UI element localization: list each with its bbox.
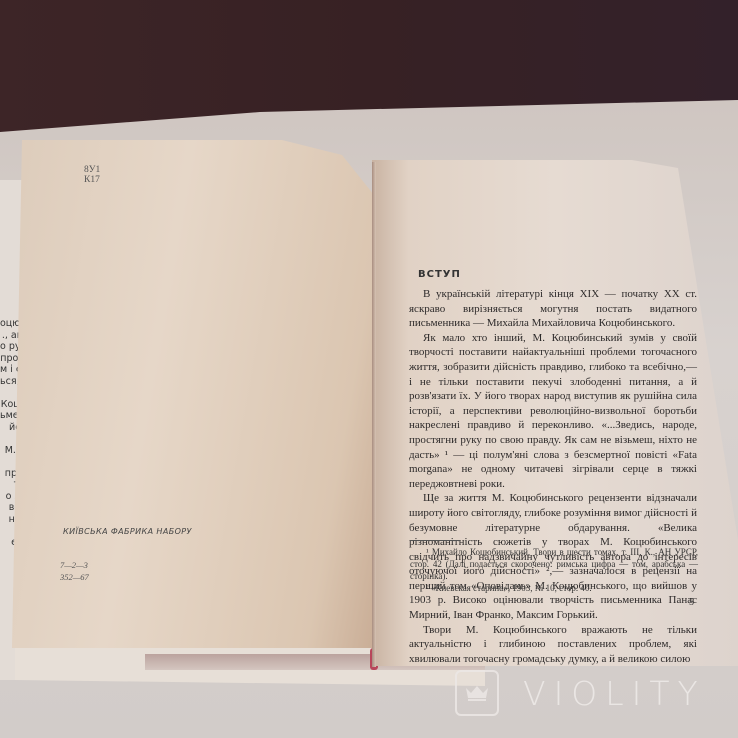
print-code: 352—67 — [60, 571, 89, 583]
footnote-divider — [410, 540, 460, 541]
print-codes: 7—2—3 352—67 — [60, 559, 89, 583]
footnote: ¹ Михайло Коцюбинський, Твори в шести то… — [410, 546, 698, 582]
book-gutter — [372, 162, 376, 667]
page-number: 5 — [689, 597, 694, 608]
paragraph: В українській літературі кінця XIX — поч… — [409, 287, 697, 331]
paragraph: Як мало хто інший, М. Коцюбинський зумів… — [409, 331, 697, 492]
chapter-body: В українській літературі кінця XIX — поч… — [409, 287, 697, 666]
classification-line: К17 — [84, 175, 100, 185]
footnotes: ¹ Михайло Коцюбинський, Твори в шести то… — [410, 546, 698, 594]
chapter-heading: ВСТУП — [418, 269, 461, 280]
print-code: 7—2—3 — [60, 559, 89, 571]
printer-name: КИЇВСЬКА ФАБРИКА НАБОРУ — [63, 527, 192, 536]
paragraph: Твори М. Коцюбинського вражають не тільк… — [409, 623, 697, 667]
watermark-text: VIOLITY — [523, 674, 706, 713]
crown-icon — [455, 670, 499, 716]
classification-line: 8У1 — [84, 165, 100, 175]
classification-code: 8У1 К17 — [84, 165, 100, 185]
footnote: ² «Киевская старина», 1903, № 10, стор. … — [410, 582, 698, 594]
watermark: VIOLITY — [455, 667, 706, 719]
